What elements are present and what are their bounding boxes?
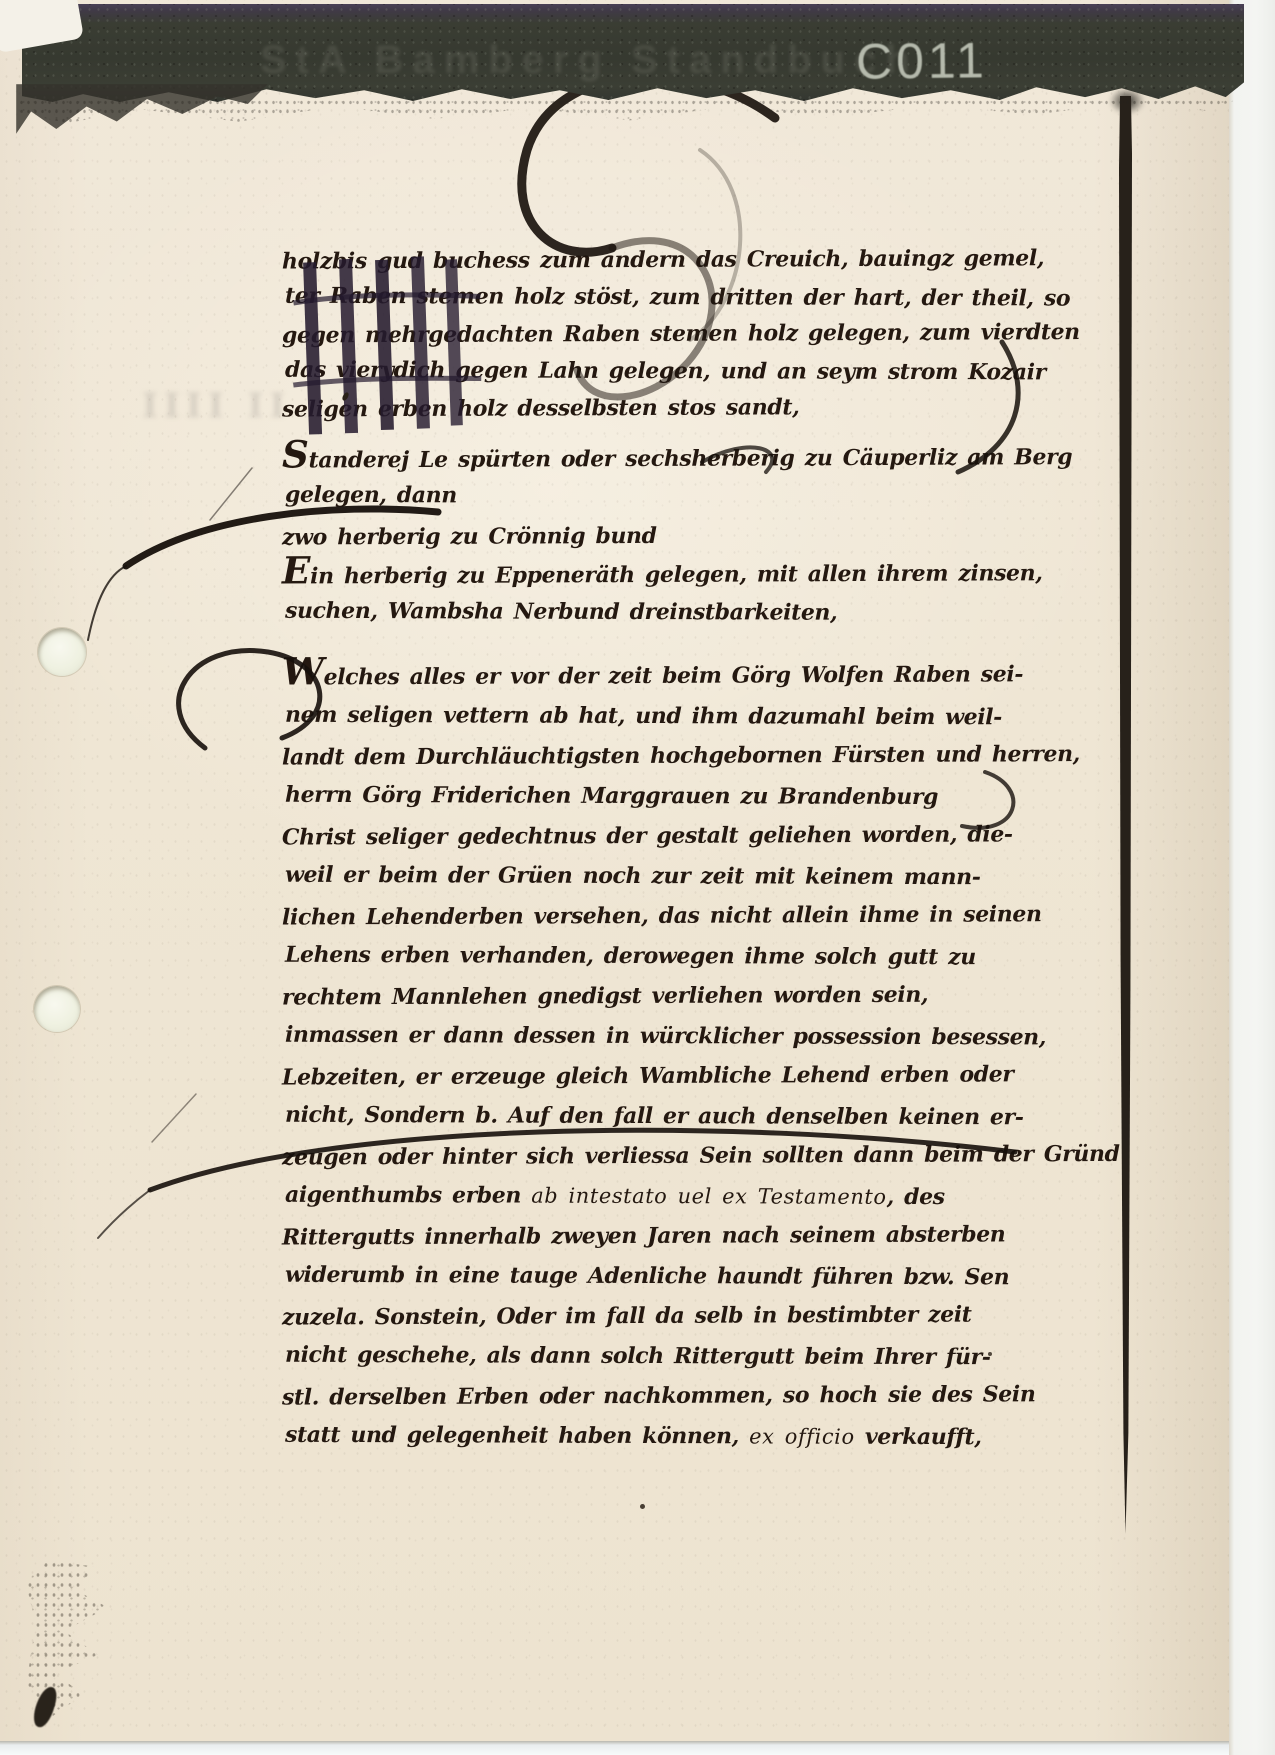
manuscript-line: rechtem Mannlehen gnedigst verliehen wor… — [282, 974, 987, 1017]
manuscript-line: seligen erben holz desselbsten stos sand… — [282, 388, 987, 428]
manuscript-line: suchen, Wambsha Nerbund dreinstbarkeiten… — [285, 593, 990, 632]
manuscript-block: holzbis gud buchess zum andern das Creui… — [0, 0, 1275, 1755]
manuscript-paragraph: Ein herberig zu Eppeneräth gelegen, mit … — [282, 556, 987, 631]
manuscript-line: Welches alles er vor der zeit beim Görg … — [282, 654, 987, 697]
manuscript-line: herrn Görg Friderichen Marggrauen zu Bra… — [285, 775, 990, 817]
ink-speck — [640, 1504, 645, 1509]
ghost-stamp-text: StA Bamberg Standbuch — [260, 38, 919, 83]
manuscript-line: statt und gelegenheit haben können, ex o… — [285, 1415, 990, 1457]
manuscript-line: widerumb in eine tauge Adenliche haundt … — [285, 1255, 990, 1297]
manuscript-line: lichen Lehenderben versehen, das nicht a… — [282, 894, 987, 937]
manuscript-paragraph: Standerej Le spürten oder sechsherberig … — [282, 440, 987, 515]
ghost-stamp-remnant: IIII II — [142, 386, 291, 426]
manuscript-line: Standerej Le spürten oder sechsherberig … — [282, 438, 987, 479]
manuscript-line: zuzela. Sonstein, Oder im fall da selb i… — [282, 1294, 987, 1337]
manuscript-line: ter Raben stemen holz stöst, zum dritten… — [285, 278, 990, 317]
manuscript-line: zwo herberig zu Crönnig bund — [282, 516, 987, 556]
archive-code-stamp: C011 — [856, 31, 988, 90]
manuscript-line: landt dem Durchläuchtigsten hochgebornen… — [282, 734, 987, 777]
scanned-document-page: holzbis gud buchess zum andern das Creui… — [0, 0, 1275, 1755]
punch-hole — [38, 628, 86, 676]
manuscript-line: Ein herberig zu Eppeneräth gelegen, mit … — [282, 554, 987, 595]
manuscript-line: holzbis gud buchess zum andern das Creui… — [282, 240, 987, 280]
manuscript-line: gegen mehrgedachten Raben stemen holz ge… — [282, 314, 987, 354]
manuscript-line: nicht, Sondern b. Auf den fall er auch d… — [285, 1095, 990, 1137]
manuscript-line: Lebzeiten, er erzeuge gleich Wambliche L… — [282, 1054, 987, 1097]
manuscript-line: zeugen oder hinter sich verliessa Sein s… — [282, 1134, 987, 1177]
manuscript-line: Christ seliger gedechtnus der gestalt ge… — [282, 814, 987, 857]
manuscript-line: weil er beim der Grüen noch zur zeit mit… — [285, 855, 990, 897]
manuscript-line: nem seligen vettern ab hat, und ihm dazu… — [285, 695, 990, 737]
punch-hole — [34, 986, 80, 1032]
latin-phrase: ex officio — [749, 1424, 855, 1448]
manuscript-line: stl. derselben Erben oder nachkommen, so… — [282, 1374, 987, 1417]
manuscript-line: gelegen, dann — [285, 477, 990, 516]
manuscript-line: aigenthumbs erben ab intestato uel ex Te… — [285, 1175, 990, 1217]
manuscript-line: das vierydich gegen Lahn gelegen, und an… — [285, 352, 990, 391]
ink-speck — [988, 1352, 992, 1356]
manuscript-paragraph: Welches alles er vor der zeit beim Görg … — [282, 656, 987, 1456]
latin-phrase: ab intestato uel ex Testamento — [531, 1184, 886, 1209]
manuscript-paragraph: holzbis gud buchess zum andern das Creui… — [282, 242, 987, 427]
manuscript-line: inmassen er dann dessen in würcklicher p… — [285, 1015, 990, 1057]
manuscript-paragraph: zwo herberig zu Crönnig bund — [282, 518, 987, 555]
manuscript-line: nicht geschehe, als dann solch Rittergut… — [285, 1335, 990, 1377]
manuscript-line: Rittergutts innerhalb zweyen Jaren nach … — [282, 1214, 987, 1257]
manuscript-line: Lehens erben verhanden, derowegen ihme s… — [285, 935, 990, 977]
